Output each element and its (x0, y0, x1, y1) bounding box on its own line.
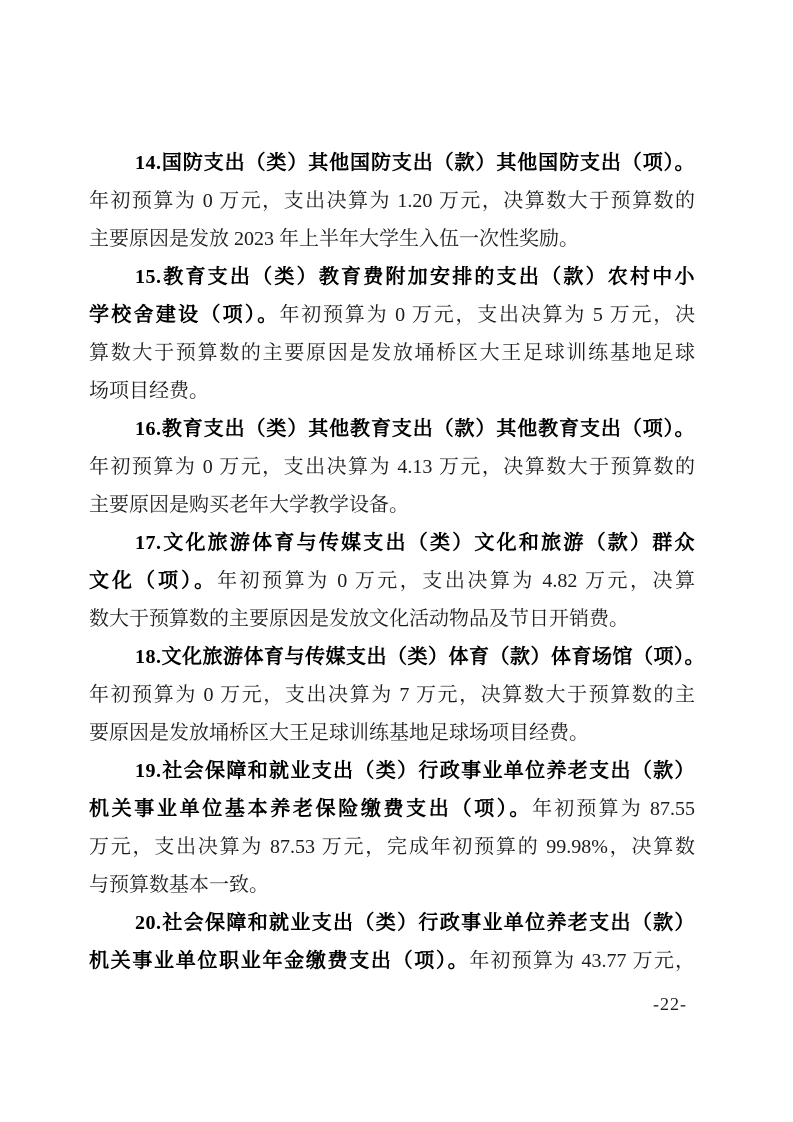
item-body-text: 主要原因是购买老年大学教学设备。 (89, 494, 409, 516)
item-body-text: 算数大于预算数的主要原因是发放埇桥区大王足球训练基地足球 (89, 342, 695, 364)
text-line: 年初预算为 0 万元，支出决算为 4.13 万元，决算数大于预算数的 (89, 448, 695, 486)
item-body-text: 场项目经费。 (89, 380, 209, 402)
text-line: 18.文化旅游体育与传媒支出（类）体育（款）体育场馆（项）。 (89, 638, 695, 676)
text-line: 算数大于预算数的主要原因是发放埇桥区大王足球训练基地足球 (89, 334, 695, 372)
text-line: 场项目经费。 (89, 372, 695, 410)
page-number: -22- (653, 994, 687, 1014)
item-body-text: 年初预算为 0 万元，支出决算为 4.82 万元，决算 (217, 570, 695, 592)
item-body-text: 年初预算为 43.77 万元， (469, 950, 695, 972)
item-heading-text: 16.教育支出（类）其他教育支出（款）其他教育支出（项）。 (135, 418, 695, 440)
item-heading-text: 14.国防支出（类）其他国防支出（款）其他国防支出（项）。 (135, 152, 695, 174)
text-line: 16.教育支出（类）其他教育支出（款）其他教育支出（项）。 (89, 410, 695, 448)
text-line: 17.文化旅游体育与传媒支出（类）文化和旅游（款）群众 (89, 524, 695, 562)
text-line: 机关事业单位基本养老保险缴费支出（项）。年初预算为 87.55 (89, 790, 695, 828)
item-heading-text: 学校舍建设（项）。 (89, 304, 279, 326)
text-line: 19.社会保障和就业支出（类）行政事业单位养老支出（款） (89, 752, 695, 790)
item-body-text: 数大于预算数的主要原因是发放文化活动物品及节日开销费。 (89, 608, 629, 630)
text-line: 主要原因是发放 2023 年上半年大学生入伍一次性奖励。 (89, 220, 695, 258)
item-body-text: 年初预算为 0 万元，支出决算为 4.13 万元，决算数大于预算数的 (89, 456, 695, 478)
page: 14.国防支出（类）其他国防支出（款）其他国防支出（项）。年初预算为 0 万元，… (0, 0, 793, 1122)
budget-paragraph-15: 15.教育支出（类）教育费附加安排的支出（款）农村中小学校舍建设（项）。年初预算… (89, 258, 695, 410)
text-line: 14.国防支出（类）其他国防支出（款）其他国防支出（项）。 (89, 144, 695, 182)
text-line: 要原因是发放埇桥区大王足球训练基地足球场项目经费。 (89, 714, 695, 752)
text-line: 数大于预算数的主要原因是发放文化活动物品及节日开销费。 (89, 600, 695, 638)
item-body-text: 与预算数基本一致。 (89, 874, 269, 896)
item-heading-text: 20.社会保障和就业支出（类）行政事业单位养老支出（款） (135, 912, 695, 934)
text-line: 主要原因是购买老年大学教学设备。 (89, 486, 695, 524)
text-line: 年初预算为 0 万元，支出决算为 1.20 万元，决算数大于预算数的 (89, 182, 695, 220)
document-body: 14.国防支出（类）其他国防支出（款）其他国防支出（项）。年初预算为 0 万元，… (89, 144, 695, 980)
text-line: 机关事业单位职业年金缴费支出（项）。年初预算为 43.77 万元， (89, 942, 695, 980)
budget-paragraph-14: 14.国防支出（类）其他国防支出（款）其他国防支出（项）。年初预算为 0 万元，… (89, 144, 695, 258)
budget-paragraph-20: 20.社会保障和就业支出（类）行政事业单位养老支出（款）机关事业单位职业年金缴费… (89, 904, 695, 980)
text-line: 20.社会保障和就业支出（类）行政事业单位养老支出（款） (89, 904, 695, 942)
item-heading-text: 机关事业单位基本养老保险缴费支出（项）。 (89, 798, 532, 820)
item-heading-text: 17.文化旅游体育与传媒支出（类）文化和旅游（款）群众 (135, 532, 695, 554)
budget-paragraph-17: 17.文化旅游体育与传媒支出（类）文化和旅游（款）群众文化（项）。年初预算为 0… (89, 524, 695, 638)
budget-paragraph-18: 18.文化旅游体育与传媒支出（类）体育（款）体育场馆（项）。年初预算为 0 万元… (89, 638, 695, 752)
item-body-text: 年初预算为 87.55 (532, 798, 695, 820)
item-heading-text: 文化（项）。 (89, 570, 217, 592)
item-heading-text: 15.教育支出（类）教育费附加安排的支出（款）农村中小 (135, 266, 695, 288)
budget-paragraph-19: 19.社会保障和就业支出（类）行政事业单位养老支出（款）机关事业单位基本养老保险… (89, 752, 695, 904)
item-heading-text: 机关事业单位职业年金缴费支出（项）。 (89, 950, 469, 972)
item-body-text: 年初预算为 0 万元，支出决算为 5 万元，决 (279, 304, 695, 326)
text-line: 万元，支出决算为 87.53 万元，完成年初预算的 99.98%，决算数 (89, 828, 695, 866)
budget-paragraph-16: 16.教育支出（类）其他教育支出（款）其他教育支出（项）。年初预算为 0 万元，… (89, 410, 695, 524)
item-heading-text: 18.文化旅游体育与传媒支出（类）体育（款）体育场馆（项）。 (135, 646, 705, 668)
text-line: 文化（项）。年初预算为 0 万元，支出决算为 4.82 万元，决算 (89, 562, 695, 600)
item-heading-text: 19.社会保障和就业支出（类）行政事业单位养老支出（款） (135, 760, 695, 782)
text-line: 年初预算为 0 万元，支出决算为 7 万元，决算数大于预算数的主 (89, 676, 695, 714)
item-body-text: 年初预算为 0 万元，支出决算为 7 万元，决算数大于预算数的主 (89, 684, 695, 706)
item-body-text: 万元，支出决算为 87.53 万元，完成年初预算的 99.98%，决算数 (89, 836, 695, 858)
item-body-text: 主要原因是发放 2023 年上半年大学生入伍一次性奖励。 (89, 228, 579, 250)
text-line: 15.教育支出（类）教育费附加安排的支出（款）农村中小 (89, 258, 695, 296)
text-line: 学校舍建设（项）。年初预算为 0 万元，支出决算为 5 万元，决 (89, 296, 695, 334)
text-line: 与预算数基本一致。 (89, 866, 695, 904)
item-body-text: 年初预算为 0 万元，支出决算为 1.20 万元，决算数大于预算数的 (89, 190, 695, 212)
item-body-text: 要原因是发放埇桥区大王足球训练基地足球场项目经费。 (89, 722, 589, 744)
